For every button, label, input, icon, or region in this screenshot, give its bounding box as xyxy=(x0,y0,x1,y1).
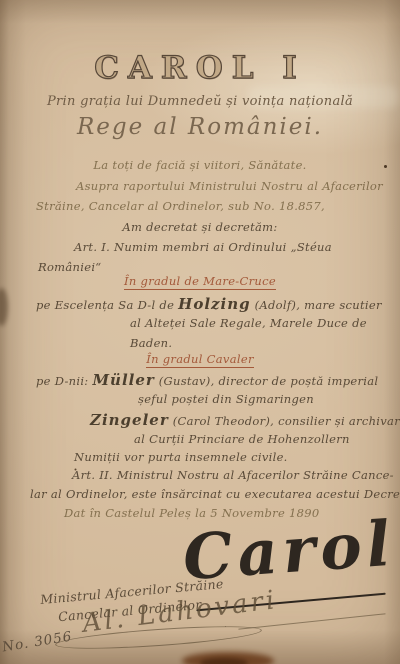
grand-cross-recipient-line: pe Escelența Sa D-l de Holzing (Adolf), … xyxy=(36,295,382,314)
knight-prefix: pe D-nii: xyxy=(36,374,92,388)
grand-cross-line-3: Baden. xyxy=(130,336,172,350)
grand-cross-prefix: pe Escelența Sa D-l de xyxy=(36,298,178,312)
decree-formula-line: Am decretat și decretăm: xyxy=(0,220,400,234)
grade-grand-cross-heading-text: În gradul de Mare-Cruce xyxy=(124,274,276,290)
article-2-line-1: Art. II. Ministrul Nostru al Afacerilor … xyxy=(72,468,394,482)
preamble-line-1: Asupra raportului Ministrului Nostru al … xyxy=(76,179,383,193)
knight-rest-2: (Carol Theodor), consilier și archivar xyxy=(169,414,400,428)
knight-name-2: Zingeler xyxy=(90,411,169,429)
registry-number: No. 3056 xyxy=(1,629,73,656)
paper-speckles xyxy=(384,165,387,168)
document-title: CAROL I xyxy=(0,50,400,86)
knight-name-1: Müller xyxy=(92,371,154,389)
salutation-line: La toți de faciă și viitori, Sănătate. xyxy=(0,158,400,172)
bottom-stain-core xyxy=(200,658,248,664)
insignia-line: Numiții vor purta insemnele civile. xyxy=(74,450,288,464)
knight-rest-1: (Gustav), director de poștă imperial xyxy=(155,374,379,388)
grade-knight-heading-text: În gradul Cavaler xyxy=(146,352,254,368)
grade-knight-heading: În gradul Cavaler xyxy=(0,352,400,366)
grand-cross-rest: (Adolf), mare scutier xyxy=(251,298,382,312)
article-1-line-1: Art. I. Numim membri ai Ordinului „Stéua xyxy=(74,240,332,254)
knight-recipient-line-3: Zingeler (Carol Theodor), consilier și a… xyxy=(90,411,400,430)
king-title-line: Rege al României. xyxy=(0,113,400,142)
preamble-line-2: Străine, Cancelar al Ordinelor, sub No. … xyxy=(36,199,325,213)
article-1-line-2: României“ xyxy=(38,260,102,274)
decree-document: CAROL I Prin grația lui Dumnedeŭ și voin… xyxy=(0,0,400,664)
grand-cross-line-2: al Alteței Sale Regale, Marele Duce de xyxy=(130,316,367,330)
ink-smudge-left-edge xyxy=(0,288,8,326)
grade-grand-cross-heading: În gradul de Mare-Cruce xyxy=(0,274,400,288)
knight-line-2: șeful poștei din Sigmaringen xyxy=(138,392,314,406)
knight-line-4: al Curții Princiare de Hohenzollern xyxy=(134,432,350,446)
by-grace-line: Prin grația lui Dumnedeŭ și voința națio… xyxy=(0,94,400,110)
grand-cross-name: Holzing xyxy=(178,295,251,313)
knight-recipient-line-1: pe D-nii: Müller (Gustav), director de p… xyxy=(36,371,378,390)
article-2-line-2: lar al Ordinelor, este însărcinat cu exe… xyxy=(30,487,400,501)
